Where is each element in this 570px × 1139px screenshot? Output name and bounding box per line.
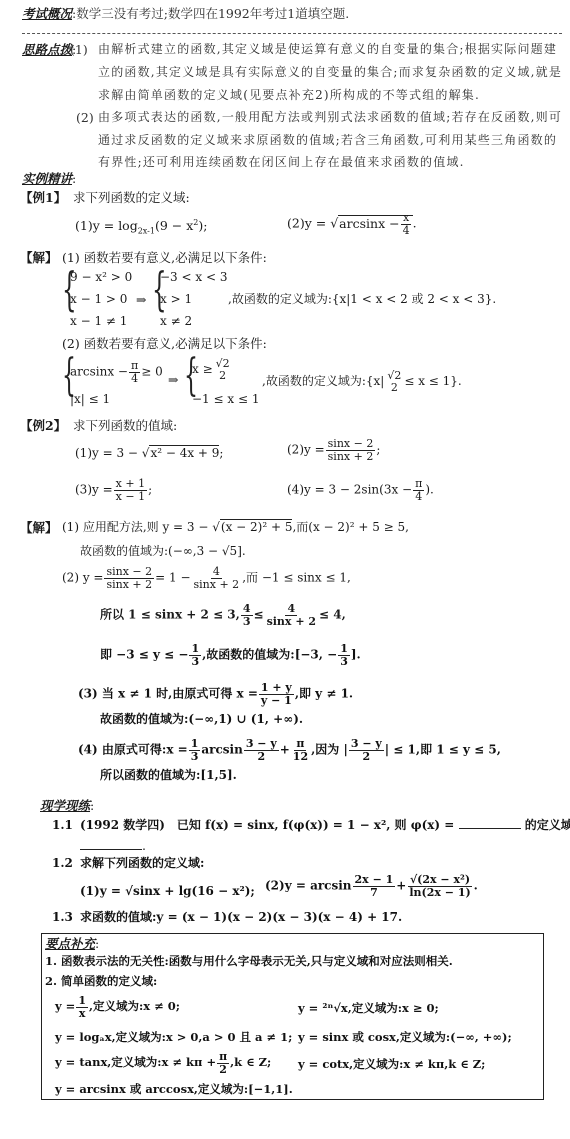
practice-1-2-q2: (2)y = arcsin2x − 17+√(2x − x²)ln(2x − 1… bbox=[265, 874, 478, 898]
supplement-row-3-right: y = cotx,定义域为:x ≠ kπ,k ∈ Z; bbox=[298, 1058, 485, 1072]
example-2-prompt: 求下列函数的值域: bbox=[73, 418, 177, 433]
e2-s2-line-1: (2) y =sinx − 2sinx + 2= 1 −4sinx + 2,而 … bbox=[62, 566, 351, 590]
hint-2-line-2: 通过求反函数的定义域来求原函数的值域;若含三角函数,可利用某些三角函数的 bbox=[98, 133, 557, 147]
hint-1-line-3: 求解由简单函数的定义域(见要点补充2)所构成的不等式组的解集. bbox=[98, 88, 480, 102]
frac-num: √2 bbox=[214, 358, 232, 370]
frac-num: 1 bbox=[338, 643, 350, 656]
e1-s1-right-2: x > 1 bbox=[160, 292, 192, 306]
e2-s4-line-2: 所以函数的值域为:[1,5]. bbox=[100, 768, 237, 782]
example-1-q2: (2)y = √arcsinx −x4. bbox=[287, 212, 417, 236]
q2-text: (2)y = bbox=[287, 216, 326, 231]
q3-pre: (3)y = bbox=[75, 483, 113, 497]
s2-a: (2) y = bbox=[62, 571, 103, 585]
examples-title-row: 实例精讲: bbox=[22, 171, 76, 186]
frac-den: sinx + 2 bbox=[326, 451, 376, 463]
examples-colon: : bbox=[72, 171, 76, 186]
q3-end: ; bbox=[148, 483, 152, 497]
s2-d-frac-2: 4sinx + 2 bbox=[265, 603, 318, 627]
example-2-solution-tag: 【解】 bbox=[20, 520, 58, 535]
s2-left1-text: arcsinx − bbox=[70, 365, 128, 379]
frac-num: sinx − 2 bbox=[104, 566, 154, 579]
q1-arg: (9 − x bbox=[155, 218, 193, 233]
q1-log-base: 2x-1 bbox=[138, 227, 155, 236]
result-set-pre: {x| bbox=[366, 374, 384, 388]
frac-den: x bbox=[77, 1008, 88, 1020]
e1-s1-left-3: x − 1 ≠ 1 bbox=[70, 314, 127, 328]
exam-overview: 考试概况:数学三没有考过;数学四在1992年考过1道填空题. bbox=[22, 6, 349, 21]
hint-2-line-1: 由多项式表达的函数,一般用配方法或判别式法求函数的值域;若存在反函数,则可 bbox=[98, 110, 562, 124]
practice-colon: : bbox=[90, 798, 94, 813]
frac-den: y − 1 bbox=[259, 695, 294, 707]
frac-num: 1 bbox=[76, 995, 88, 1008]
s2-right1-text: x ≥ bbox=[192, 362, 213, 376]
s2-frac-2: 4sinx + 2 bbox=[192, 566, 242, 590]
s2-left1-tail: ≥ 0 bbox=[141, 365, 163, 379]
dashed-divider bbox=[22, 33, 562, 34]
q4-pre: (4)y = 3 − 2sin(3x − bbox=[287, 483, 412, 497]
frac-num: √(2x − x²) bbox=[408, 874, 472, 887]
example-1-q1: (1)y = log2x-1(9 − x2); bbox=[75, 218, 207, 236]
s1-b: ,而(x − 2)² + 5 ≥ 5, bbox=[292, 520, 409, 534]
e2-s4-line-1: (4) 由原式可得:x =13arcsin3 − y2+π12,因为 |3 − … bbox=[78, 738, 501, 762]
s2-d: 所以 1 ≤ sinx + 2 ≤ 3, bbox=[100, 608, 240, 622]
s2-d-frac-1: 43 bbox=[241, 603, 253, 627]
q1-end: ); bbox=[198, 218, 207, 233]
q1-text: (1)y = log bbox=[75, 218, 138, 233]
e1-s1-right-3: x ≠ 2 bbox=[160, 314, 192, 328]
e2-s3-line-2: 故函数的值域为:(−∞,1) ∪ (1, +∞). bbox=[100, 712, 303, 726]
q1-radicand: x² − 4x + 9 bbox=[149, 445, 219, 460]
s4-frac-4: 3 − y2 bbox=[349, 738, 384, 762]
s1-a: (1) 应用配方法,则 y = 3 − bbox=[62, 520, 208, 534]
frac-num: 4 bbox=[241, 603, 253, 616]
frac-den: 3 bbox=[338, 656, 350, 668]
p12-q2-plus: + bbox=[396, 879, 406, 893]
practice-1-1-num: 1.1 bbox=[52, 818, 73, 832]
s2-d-end: ≤ 4, bbox=[319, 608, 346, 622]
supplement-row-2-right: y = sinx 或 cosx,定义域为:(−∞, +∞); bbox=[298, 1031, 512, 1045]
practice-1-1: (1992 数学四) 已知 f(x) = sinx, f(φ(x)) = 1 −… bbox=[80, 818, 570, 832]
practice-1-2-num: 1.2 bbox=[52, 856, 73, 870]
q2-inner: arcsinx − bbox=[339, 216, 399, 231]
frac-num: sinx − 2 bbox=[326, 438, 376, 451]
hints-label: 思路点拨 bbox=[22, 42, 72, 57]
s2-e: 即 −3 ≤ y ≤ − bbox=[100, 648, 188, 662]
s2-left1-frac: π4 bbox=[129, 360, 140, 384]
practice-1-2-text: 求解下列函数的定义域: bbox=[80, 856, 204, 870]
supplement-row-1-right: y = ²ⁿ√x,定义域为:x ≥ 0; bbox=[298, 1002, 439, 1016]
result-frac: √22 bbox=[385, 370, 403, 393]
e1-s1-result: ,故函数的定义域为:{x|1 < x < 2 或 2 < x < 3}. bbox=[228, 292, 496, 306]
p12-q2-pre: (2)y = arcsin bbox=[265, 879, 352, 893]
supplement-row-4: y = arcsinx 或 arccosx,定义域为:[−1,1]. bbox=[55, 1083, 293, 1097]
s4-b: arcsin bbox=[201, 743, 242, 757]
q2-frac: x4 bbox=[401, 212, 412, 236]
e2-s1-line-2: 故函数的值域为:(−∞,3 − √5]. bbox=[80, 544, 246, 558]
double-arrow: ⇒ bbox=[168, 372, 178, 387]
p11-b: 的定义域为 bbox=[525, 818, 570, 832]
s2-frac-1: sinx − 2sinx + 2 bbox=[104, 566, 154, 590]
example-2-q4: (4)y = 3 − 2sin(3x −π4). bbox=[287, 478, 434, 502]
s3-a: (3) 当 x ≠ 1 时,由原式可得 x = bbox=[78, 687, 258, 701]
q4-frac: π4 bbox=[413, 478, 424, 502]
answer-blank-2[interactable] bbox=[80, 839, 142, 850]
frac-num: π bbox=[413, 478, 424, 491]
frac-num: 2x − 1 bbox=[353, 874, 396, 887]
hint-2-line-3: 有界性;还可利用连续函数在闭区间上存在最值来求函数的值域. bbox=[98, 155, 465, 169]
example-1-prompt: 求下列函数的定义域: bbox=[73, 190, 190, 205]
frac-den: ln(2x − 1) bbox=[407, 887, 472, 899]
s4-frac-2: 3 − y2 bbox=[244, 738, 279, 762]
frac-num: 3 − y bbox=[349, 738, 384, 751]
s2-c: ,而 −1 ≤ sinx ≤ 1, bbox=[242, 571, 351, 585]
exam-overview-text: :数学三没有考过;数学四在1992年考过1道填空题. bbox=[72, 6, 349, 21]
frac-den: sinx + 2 bbox=[265, 616, 318, 628]
frac-den: sinx + 2 bbox=[192, 579, 242, 591]
e1-s2-left-2: |x| ≤ 1 bbox=[70, 392, 110, 406]
example-1-tag: 【例1】 bbox=[20, 190, 66, 205]
p12-q2-end: . bbox=[474, 879, 478, 893]
s4-frac-3: π12 bbox=[291, 738, 310, 762]
supplement-row-1-left: y =1x,定义域为:x ≠ 0; bbox=[55, 995, 180, 1019]
s4-d: ,因为 | bbox=[311, 743, 348, 757]
answer-blank-1[interactable] bbox=[459, 818, 521, 829]
frac-num: √2 bbox=[385, 370, 403, 382]
r1-left-post: ,定义域为:x ≠ 0; bbox=[89, 999, 180, 1013]
q3-frac: x + 1x − 1 bbox=[114, 478, 147, 502]
frac-num: 4 bbox=[285, 603, 297, 616]
supplement-colon: : bbox=[95, 936, 99, 951]
s4-frac-1: 13 bbox=[189, 738, 201, 762]
e1-s2-result: ,故函数的定义域为:{x|√22≤ x ≤ 1}. bbox=[262, 370, 462, 393]
frac-den: 7 bbox=[368, 887, 380, 899]
result-pre: ,故函数的定义域为: bbox=[262, 374, 366, 388]
hint-1-line-1: 由解析式建立的函数,其定义域是使运算有意义的自变量的集合;根据实际问题建 bbox=[98, 42, 557, 56]
frac-num: 1 bbox=[189, 738, 201, 751]
supplement-row-2-left: y = logₐx,定义域为:x > 0,a > 0 且 a ≠ 1; bbox=[55, 1031, 292, 1045]
frac-den: 2 bbox=[389, 382, 400, 394]
s2-b: = 1 − bbox=[155, 571, 190, 585]
p11-end: . bbox=[142, 838, 146, 853]
hints-label-row: 思路点拨: bbox=[22, 42, 76, 57]
s2-right1-frac: √22 bbox=[214, 358, 232, 381]
practice-1-3-num: 1.3 bbox=[52, 910, 73, 924]
frac-den: 3 bbox=[241, 616, 253, 628]
r3-left-pre: y = tanx,定义域为:x ≠ kπ + bbox=[55, 1055, 216, 1069]
exam-overview-label: 考试概况 bbox=[22, 6, 72, 21]
s4-e: | ≤ 1,即 1 ≤ y ≤ 5, bbox=[385, 743, 501, 757]
supplement-row-3-left: y = tanx,定义域为:x ≠ kπ +π2,k ∈ Z; bbox=[55, 1051, 271, 1075]
frac-num: π bbox=[217, 1051, 229, 1064]
e1-s2-intro: (2) 函数若要有意义,必满足以下条件: bbox=[62, 336, 267, 351]
supplement-item-1: 1. 函数表示法的无关性:函数与用什么字母表示无关,只与定义域和对应法则相关. bbox=[45, 955, 453, 969]
e2-s2-line-3: 即 −3 ≤ y ≤ −13,故函数的值域为:[−3, −13]. bbox=[100, 643, 361, 667]
frac-num: 1 + y bbox=[259, 682, 294, 695]
s3-b: ,即 y ≠ 1. bbox=[295, 687, 353, 701]
q1-end: ; bbox=[219, 446, 223, 460]
r3-frac: π2 bbox=[217, 1051, 229, 1075]
frac-num: x + 1 bbox=[114, 478, 147, 491]
q2-frac-num: x bbox=[401, 212, 411, 225]
e1-s2-right-1: x ≥√22 bbox=[192, 358, 233, 381]
r1-left-pre: y = bbox=[55, 999, 75, 1013]
frac-num: 4 bbox=[211, 566, 222, 579]
e1-s1-left-2: x − 1 > 0 bbox=[70, 292, 127, 306]
q2-pre: (2)y = bbox=[287, 443, 325, 457]
practice-title: 现学现练 bbox=[40, 798, 90, 813]
q2-frac: sinx − 2sinx + 2 bbox=[326, 438, 376, 462]
p12-q2-frac-1: 2x − 17 bbox=[353, 874, 396, 898]
frac-num: π bbox=[294, 738, 306, 751]
supplement-title: 要点补充 bbox=[45, 936, 95, 951]
hint-1-line-2: 立的函数,其定义域是具有实际意义的自变量的集合;而求复杂函数的定义域,就是 bbox=[98, 65, 562, 79]
e2-s3-line-1: (3) 当 x ≠ 1 时,由原式可得 x =1 + yy − 1,即 y ≠ … bbox=[78, 682, 353, 706]
s2-e-frac: 13 bbox=[189, 643, 201, 667]
supplement-title-row: 要点补充: bbox=[45, 936, 99, 951]
s2-e-frac-2: 13 bbox=[338, 643, 350, 667]
frac-num: 3 − y bbox=[244, 738, 279, 751]
practice-title-row: 现学现练: bbox=[40, 798, 94, 813]
example-2-q2: (2)y =sinx − 2sinx + 2; bbox=[287, 438, 380, 462]
frac-den: sinx + 2 bbox=[104, 579, 154, 591]
q2-radicand: arcsinx −x4 bbox=[338, 215, 412, 231]
s2-e-mid: ,故函数的值域为:[−3, − bbox=[202, 648, 337, 662]
frac-den: 2 bbox=[255, 751, 267, 763]
r1-frac: 1x bbox=[76, 995, 88, 1019]
e2-s1-line-1: (1) 应用配方法,则 y = 3 − √(x − 2)² + 5,而(x − … bbox=[62, 520, 409, 534]
frac-den: x − 1 bbox=[114, 491, 147, 503]
frac-den: 2 bbox=[217, 370, 228, 382]
practice-1-3-text: 求函数的值域:y = (x − 1)(x − 2)(x − 3)(x − 4) … bbox=[80, 910, 402, 924]
result-set-post: ≤ x ≤ 1}. bbox=[404, 374, 461, 388]
frac-den: 2 bbox=[360, 751, 372, 763]
q2-frac-den: 4 bbox=[401, 225, 412, 237]
r3-left-post: ,k ∈ Z; bbox=[230, 1055, 271, 1069]
s4-c: + bbox=[280, 743, 290, 757]
s2-d-mid: ≤ bbox=[254, 608, 264, 622]
s2-e-end: ]. bbox=[351, 648, 361, 662]
example-2-q1: (1)y = 3 − √x² − 4x + 9; bbox=[75, 446, 223, 460]
supplement-item-2: 2. 简单函数的定义域: bbox=[45, 975, 157, 989]
p12-q2-frac-2: √(2x − x²)ln(2x − 1) bbox=[407, 874, 472, 898]
frac-den: 12 bbox=[291, 751, 310, 763]
frac-den: 4 bbox=[129, 373, 140, 385]
example-1-solution-tag: 【解】 bbox=[20, 250, 58, 265]
frac-den: 3 bbox=[189, 656, 201, 668]
hint-1-num: (1) bbox=[70, 42, 88, 57]
examples-title: 实例精讲 bbox=[22, 171, 72, 186]
e1-s1-left-1: 9 − x² > 0 bbox=[70, 270, 132, 284]
frac-den: 4 bbox=[413, 491, 424, 503]
frac-den: 2 bbox=[217, 1064, 229, 1076]
e2-s2-line-2: 所以 1 ≤ sinx + 2 ≤ 3,43≤4sinx + 2≤ 4, bbox=[100, 603, 346, 627]
q1-pre: (1)y = 3 − bbox=[75, 446, 138, 460]
hint-2-num: (2) bbox=[76, 110, 94, 125]
e1-s2-left-1: arcsinx −π4≥ 0 bbox=[70, 360, 163, 384]
s3-frac: 1 + yy − 1 bbox=[259, 682, 294, 706]
s1-radicand: (x − 2)² + 5 bbox=[220, 519, 293, 534]
example-2-q3: (3)y =x + 1x − 1; bbox=[75, 478, 152, 502]
frac-num: 1 bbox=[189, 643, 201, 656]
e1-s1-right-1: −3 < x < 3 bbox=[160, 270, 227, 284]
implies-arrow: ⇒ bbox=[136, 292, 146, 307]
frac-den: 3 bbox=[189, 751, 201, 763]
e1-s2-right-2: −1 ≤ x ≤ 1 bbox=[192, 392, 259, 406]
example-2-tag: 【例2】 bbox=[20, 418, 66, 433]
q4-end: ). bbox=[425, 483, 434, 497]
q2-end: ; bbox=[376, 443, 380, 457]
p11-a: (1992 数学四) 已知 f(x) = sinx, f(φ(x)) = 1 −… bbox=[80, 818, 454, 832]
practice-1-2-q1: (1)y = √sinx + lg(16 − x²); bbox=[80, 884, 255, 898]
frac-num: π bbox=[129, 360, 140, 373]
s4-a: (4) 由原式可得:x = bbox=[78, 743, 188, 757]
practice-1-1-line-2: . bbox=[80, 838, 146, 853]
